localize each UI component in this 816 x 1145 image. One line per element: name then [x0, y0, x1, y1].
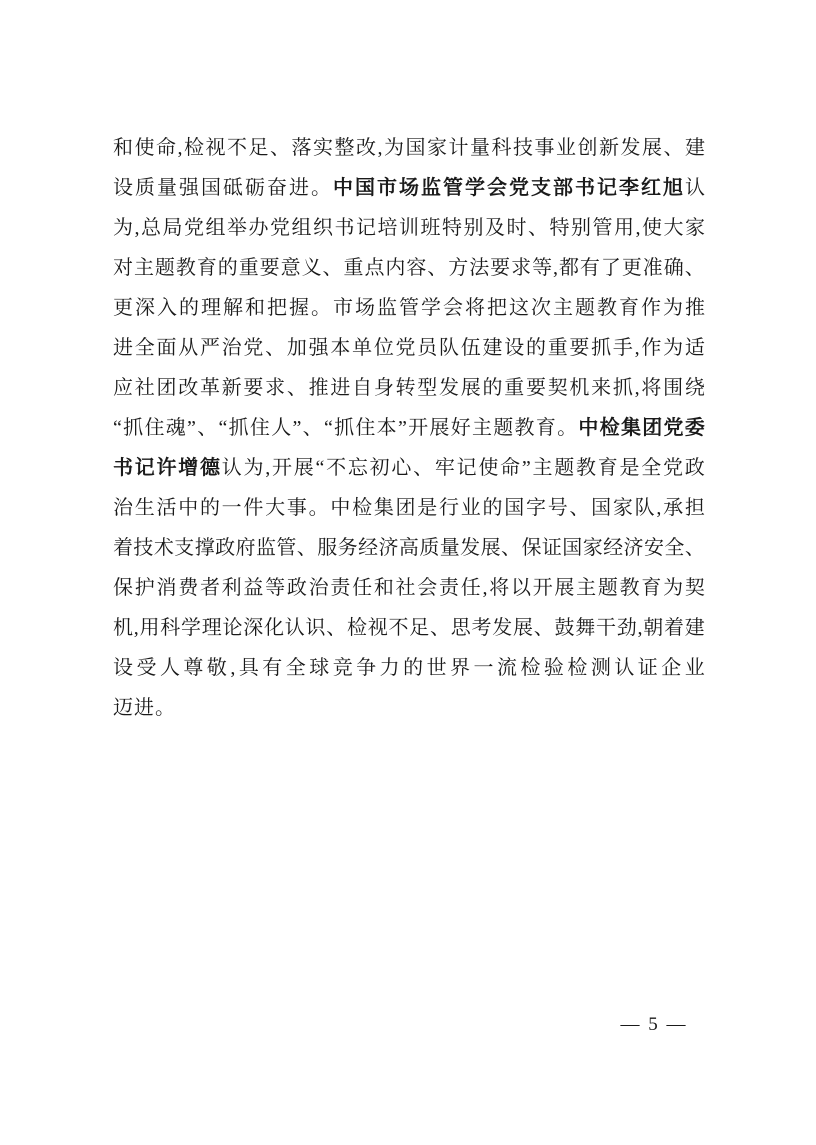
page-number: — 5 —: [598, 1012, 710, 1038]
document-page: 和使命,检视不足、落实整改,为国家计量科技事业创新发展、建设质量强国砥砺奋进。中…: [0, 0, 816, 1145]
text-line: 设质量强国砥砺奋进。中国市场监管学会党支部书记李红旭认: [113, 168, 705, 208]
text-line: “抓住魂”、“抓住人”、“抓住本”开展好主题教育。中检集团党委: [113, 408, 705, 448]
text-line: 着技术支撑政府监管、服务经济高质量发展、保证国家经济安全、: [113, 528, 705, 568]
paragraph: 和使命,检视不足、落实整改,为国家计量科技事业创新发展、建设质量强国砥砺奋进。中…: [113, 128, 705, 728]
text-line: 为,总局党组举办党组织书记培训班特别及时、特别管用,使大家: [113, 208, 705, 248]
text-line: 迈进。: [113, 688, 705, 728]
text-line: 更深入的理解和把握。市场监管学会将把这次主题教育作为推: [113, 288, 705, 328]
text-line: 进全面从严治党、加强本单位党员队伍建设的重要抓手,作为适: [113, 328, 705, 368]
text-line: 应社团改革新要求、推进自身转型发展的重要契机来抓,将围绕: [113, 368, 705, 408]
text-line: 保护消费者利益等政治责任和社会责任,将以开展主题教育为契: [113, 568, 705, 608]
text-line: 对主题教育的重要意义、重点内容、方法要求等,都有了更准确、: [113, 248, 705, 288]
text-line: 设受人尊敬,具有全球竞争力的世界一流检验检测认证企业: [113, 648, 705, 688]
text-line: 书记许增德认为,开展“不忘初心、牢记使命”主题教育是全党政: [113, 448, 705, 488]
text-line: 机,用科学理论深化认识、检视不足、思考发展、鼓舞干劲,朝着建: [113, 608, 705, 648]
text-line: 治生活中的一件大事。中检集团是行业的国字号、国家队,承担: [113, 488, 705, 528]
text-line: 和使命,检视不足、落实整改,为国家计量科技事业创新发展、建: [113, 128, 705, 168]
